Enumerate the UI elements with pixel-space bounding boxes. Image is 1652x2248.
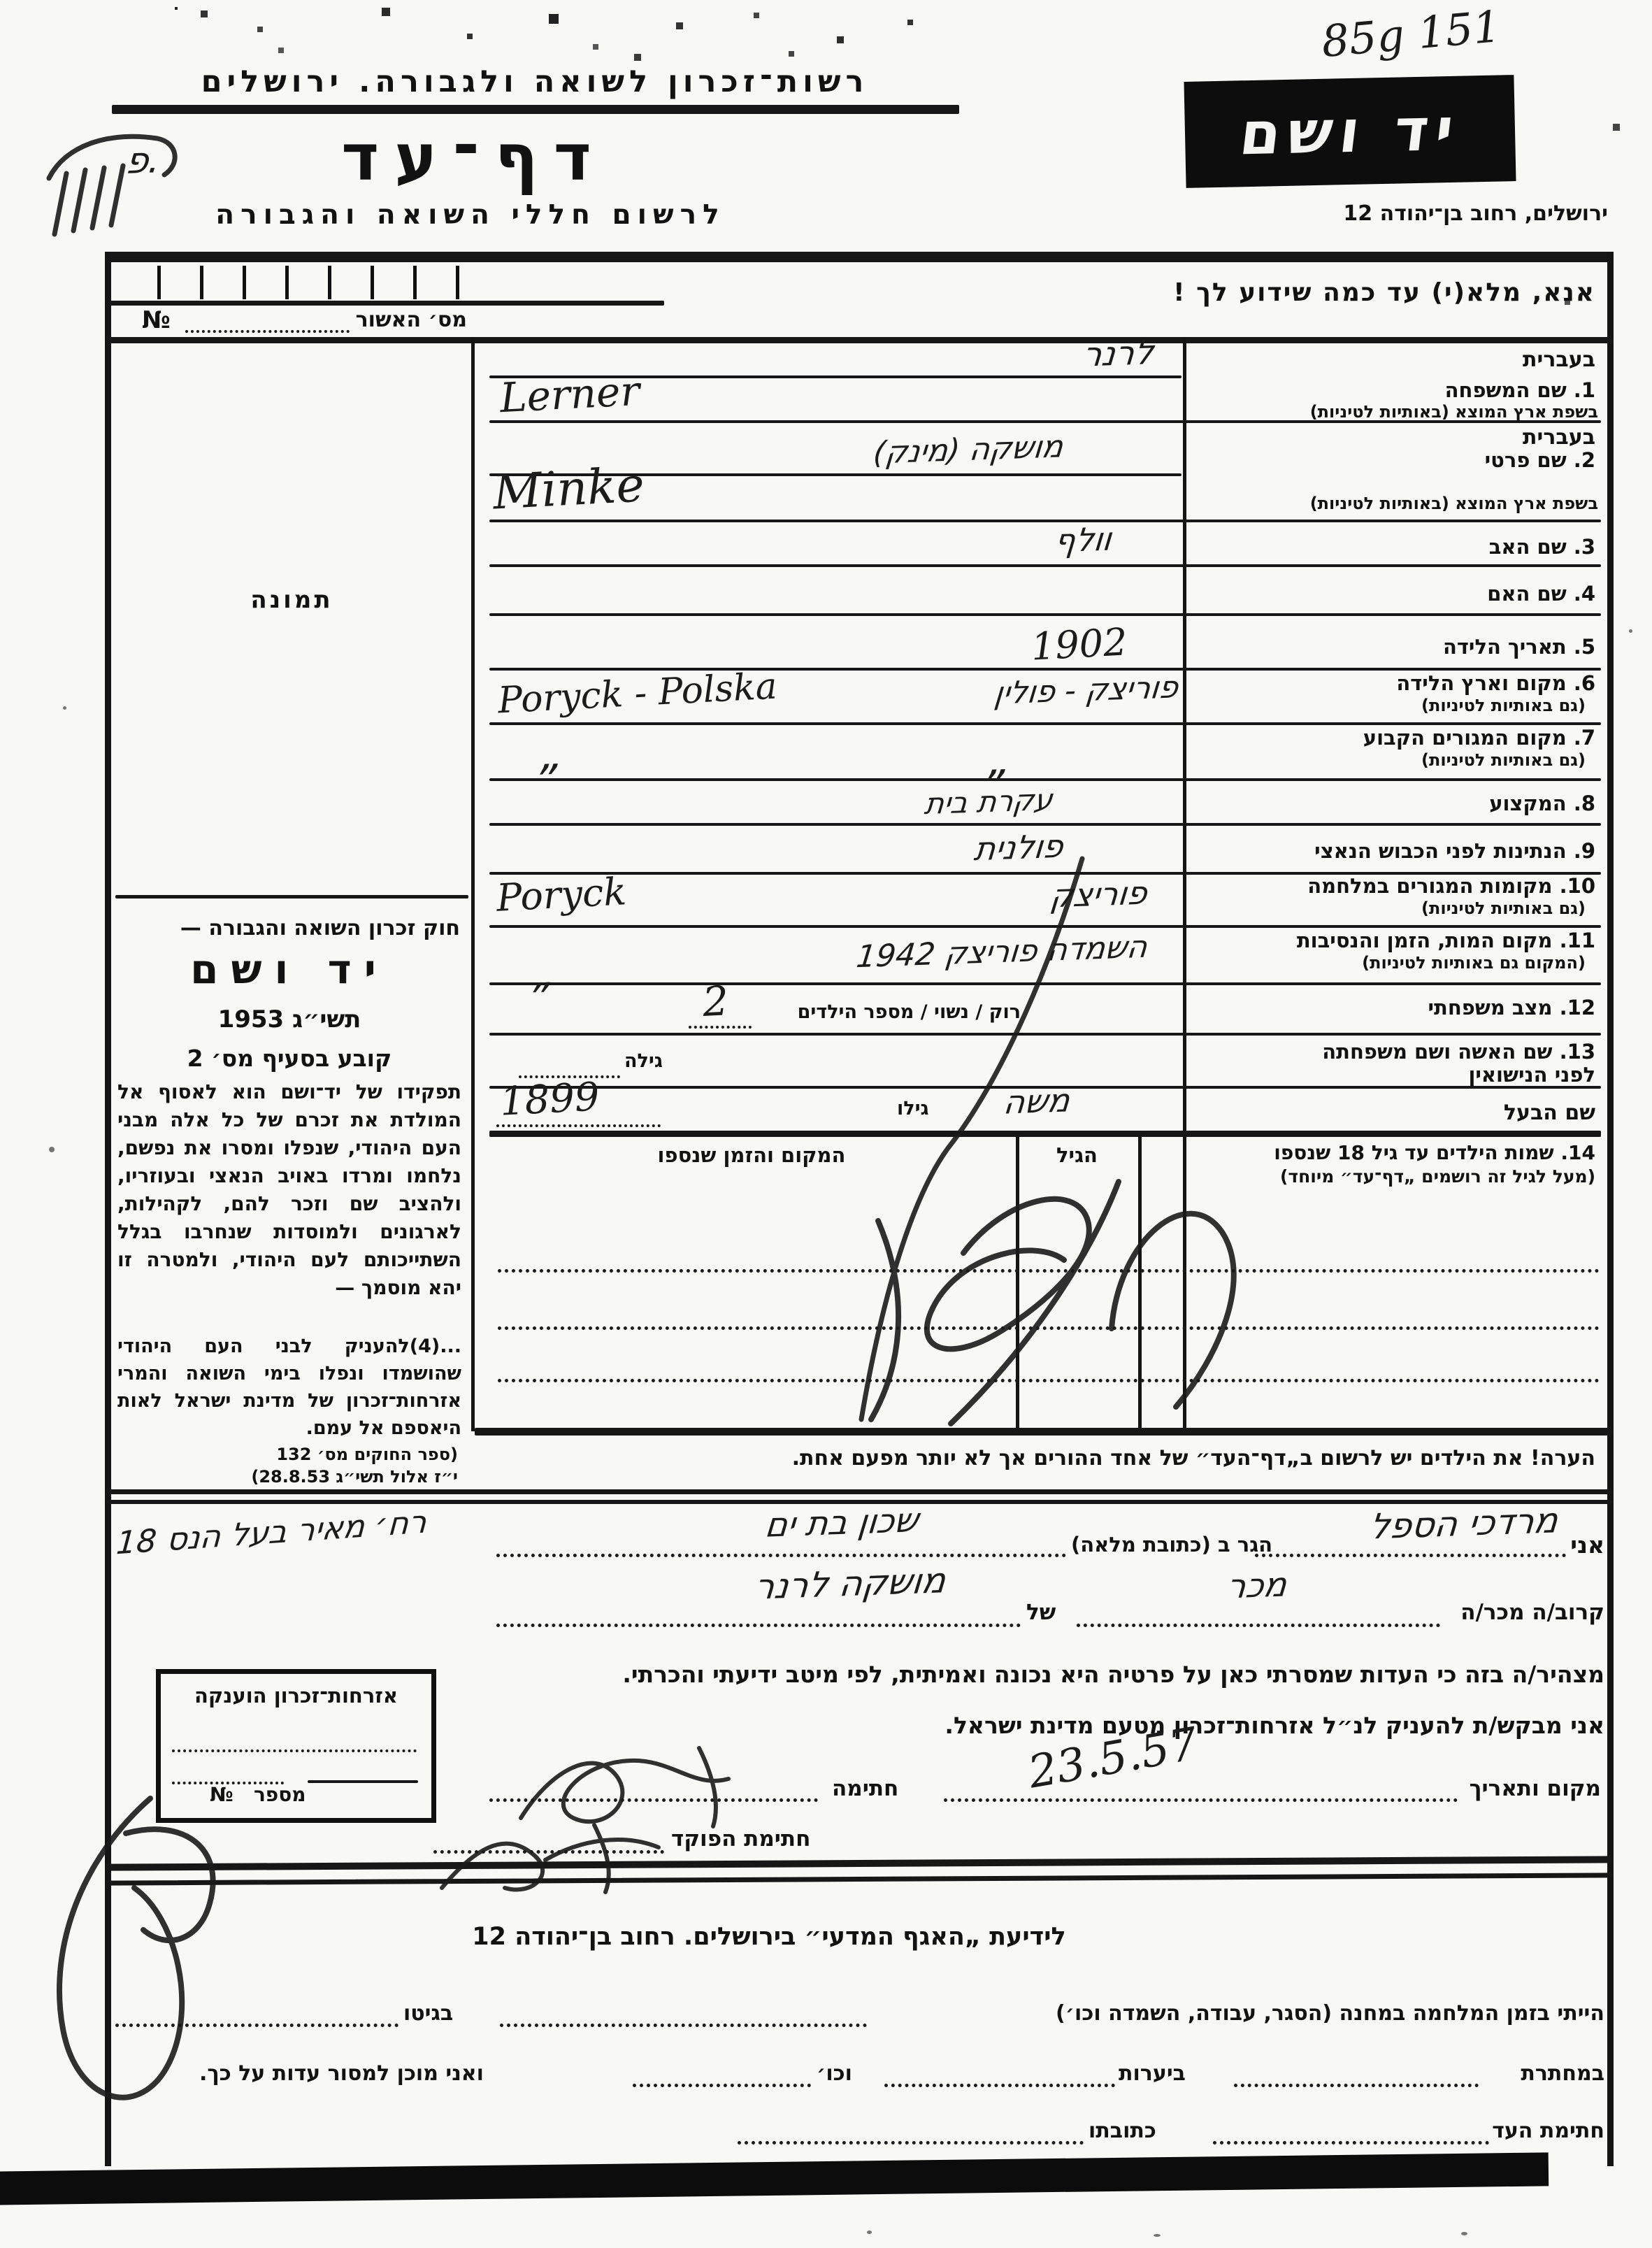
speck (49, 1147, 55, 1152)
photo-bottom-rule (115, 895, 468, 899)
form-title: דף־עד (264, 120, 684, 195)
relation-handwritten: מכר (1225, 1566, 1288, 1607)
children-note: הערה! את הילדים יש לרשום ב„דף־העד״ של אח… (792, 1446, 1595, 1470)
camp-blank (500, 2004, 867, 2027)
relation-label: קרוב/ה מכר/ה (1460, 1600, 1604, 1625)
form-subtitle: לרשום חללי השואה והגבורה (187, 199, 754, 231)
law-name: יד ושם (119, 945, 460, 993)
table-row-blank (498, 1354, 1600, 1382)
declaration-i-label: אני (1570, 1531, 1604, 1559)
law-heading: חוק זכרון השואה והגבורה — (119, 916, 460, 940)
residence-ditto-left: „ (539, 728, 567, 780)
ghetto-blank (115, 2004, 398, 2027)
table-row-blank (498, 1302, 1600, 1330)
death-ditto: „ (532, 949, 558, 997)
forests-label: ביערות (1119, 2061, 1186, 2086)
fill-instruction: אנא, מלא(י) עד כמה שידוע לך ! (1173, 278, 1595, 307)
field-3-label: 3. שם האב (1489, 535, 1595, 559)
grant-box-number-label: מספר (254, 1783, 306, 1806)
field-13-label: 13. שם האשה ושם משפחתה (1322, 1040, 1595, 1064)
war-residence-hebrew-handwritten: פוריצק (1048, 874, 1149, 915)
ruler-rule (105, 301, 664, 306)
scan-edge-bar (0, 2152, 1549, 2205)
wife-age-blank (519, 1054, 620, 1078)
margin-mark-handwritten: פ. (124, 139, 163, 182)
box-right-border (1607, 252, 1614, 2166)
yad-vashem-logo-text: יד ושם (1236, 95, 1464, 169)
speck (867, 2231, 872, 2234)
file-number-handwritten: 85g 151 (1319, 1, 1502, 67)
field-14-sublabel: (מעל לגיל זה רושמים „דף־עד״ מיוחד) (1280, 1166, 1595, 1187)
field-11-label: 11. מקום המות, הזמן והנסיבות (1297, 929, 1595, 952)
death-place-handwritten: השמדה פוריצק 1942 (854, 929, 1149, 975)
header-rule (112, 105, 959, 114)
witness-address-blank (738, 2121, 1084, 2145)
grant-box-rule (308, 1780, 418, 1783)
note-top-rule (475, 1428, 1614, 1436)
scanned-testimony-page: רשות־זכרון לשואה ולגבורה. ירושלים דף־עד … (0, 0, 1652, 2248)
grant-box-blank-2 (172, 1761, 284, 1784)
approval-no-symbol: № (142, 306, 171, 334)
birth-place-latin-handwritten: Poryck - Polska (497, 666, 778, 722)
ready-to-testify-label: ואני מוכן למסור עדות על כך. (199, 2061, 484, 2086)
citizenship-request: אני מבקש/ת להעניק לנ״ל אזרחות־זכרון מטעם… (944, 1712, 1604, 1739)
field-12-label: 12. מצב משפחתי (1428, 996, 1596, 1019)
field-1-pre: בעברית (1523, 348, 1595, 372)
write-line (489, 823, 1601, 826)
write-line (489, 1033, 1601, 1036)
table-column-line-2 (1138, 1134, 1142, 1428)
section-divider-rule-1 (105, 1856, 1614, 1870)
husband-age-blank (496, 1099, 661, 1127)
approval-number-blank (185, 306, 350, 333)
field-9-label: 9. הנתינות לפני הכבוש הנאצי (1314, 839, 1595, 863)
husband-name-handwritten: משה (1002, 1081, 1072, 1121)
deponent-name-handwritten: מרדכי הספל (1368, 1500, 1560, 1547)
law-year: תשי״ג 1953 (119, 1005, 460, 1033)
table-row-blank (498, 1245, 1600, 1273)
write-line (489, 722, 1601, 725)
table-column-line-1 (1016, 1134, 1019, 1428)
firstname-latin-handwritten: Minke (491, 457, 645, 520)
children-count-handwritten: 2 (701, 977, 729, 1026)
box-left-border (105, 252, 111, 2166)
firstname-hebrew-handwritten: מושקה (מינק) (872, 429, 1065, 471)
father-name-handwritten: וולף (1053, 520, 1114, 560)
photo-placeholder-label: תמונה (210, 586, 374, 614)
field-8-label: 8. המקצוע (1489, 792, 1595, 815)
write-line (489, 778, 1601, 781)
table-age-header: הגיל (1019, 1143, 1135, 1167)
write-line (489, 564, 1601, 567)
field-6-label: 6. מקום וארץ הלידה (1396, 671, 1595, 695)
table-place-header: המקום והזמן שנספו (559, 1143, 944, 1167)
subject-name-handwritten: מושקה לרנר (752, 1560, 947, 1607)
field-14-label: 14. שמות הילדים עד גיל 18 שנספו (1274, 1141, 1595, 1164)
top-section-rule (105, 337, 1614, 343)
note-bottom-rule-1 (105, 1489, 1614, 1494)
husband-age-label: גילו (897, 1098, 929, 1119)
grant-box-no-symbol: № (210, 1783, 234, 1806)
field-10-sublabel: (גם באותיות לטיניות) (1421, 899, 1586, 918)
grant-box: אזרחות־זכרון הוענקה מספר № (156, 1669, 436, 1823)
address-handwritten: שכון בת ים (763, 1501, 921, 1545)
speck (63, 706, 66, 710)
field-2-pre: בעברית (1523, 425, 1595, 450)
of-label: של (1026, 1600, 1056, 1625)
law-body2: ...(4)להעניק לבני העם היהודי שהושמדו ונפ… (117, 1333, 461, 1442)
field-7-label: 7. מקום המגורים הקבוע (1363, 726, 1595, 750)
birth-place-hebrew-handwritten: פוריצק - פולין (993, 669, 1180, 711)
field-1-sublabel: בשפת ארץ המוצא (באותיות לטיניות) (1310, 402, 1598, 422)
speck (1629, 629, 1632, 633)
marital-status-printed: רוק / נשוי / מספר הילדים (752, 1001, 1021, 1023)
scan-noise-top (175, 7, 178, 10)
forests-blank (884, 2064, 1115, 2087)
grant-box-blank-1 (172, 1728, 417, 1752)
witness-signature-label: חתימת העד (1492, 2119, 1604, 2143)
approval-label: מס׳ האשור (353, 308, 467, 332)
wife-age-label: גילה (624, 1050, 663, 1072)
etc-blank (633, 2064, 811, 2087)
field-2-sublabel: בשפת ארץ המוצא (באותיות לטיניות) (1310, 494, 1598, 513)
left-margin-scrawl (59, 1798, 213, 2098)
law-ref-line2: י״ז אלול תשי״ג 28.8.53) (122, 1467, 458, 1487)
underground-label: במחתרת (1521, 2061, 1604, 2086)
war-residence-latin-handwritten: Poryck (495, 869, 627, 920)
field-13-label2: לפני הנישואין (1468, 1063, 1595, 1087)
grant-box-number-row: מספר № (210, 1783, 306, 1806)
write-line (489, 925, 1601, 928)
box-top-border (105, 252, 1614, 262)
speck (1461, 2232, 1467, 2235)
resides-label: הגר ב (כתובת מלאה) (1071, 1533, 1272, 1556)
field-5-label: 5. תאריך הלידה (1443, 635, 1595, 659)
field-4-label: 4. שם האם (1487, 582, 1595, 606)
sidebar-divider (471, 337, 475, 1431)
section-divider-rule-2 (105, 1873, 1614, 1885)
field-1-label: 1. שם המשפחה (1445, 378, 1595, 402)
field-2-label: 2. שם פרטי (1485, 448, 1595, 472)
surname-hebrew-handwritten: לרנר (1081, 333, 1156, 374)
field-10-label: 10. מקומות המגורים במלחמה (1307, 874, 1595, 898)
etc-label: וכו׳ (817, 2061, 852, 2086)
field-11-sublabel: (המקום גם באותיות לטיניות) (1362, 953, 1586, 973)
birth-date-handwritten: 1902 (1030, 620, 1128, 668)
grant-box-title: אזרחות־זכרון הוענקה (161, 1684, 431, 1708)
signature-label: חתימה (832, 1776, 898, 1801)
law-ref-line1: (ספר החוקים מס׳ 132 (122, 1445, 458, 1464)
yad-vashem-logo: יד ושם (1184, 75, 1516, 188)
declaration-statement: מצהיר/ה בזה כי העדות שמסרתי כאן על פרטיה… (622, 1661, 1604, 1688)
underground-blank (1234, 2064, 1479, 2087)
camp-label: הייתי בזמן המלחמה במחנה (הסגר, עבודה, הש… (1056, 2001, 1604, 2026)
surname-latin-handwritten: Lerner (498, 367, 640, 422)
logo-address: ירושלים, רחוב בן־יהודה 12 (1343, 201, 1608, 226)
witness-address-label: כתובתו (1089, 2119, 1156, 2143)
citizenship-handwritten: פולנית (972, 827, 1065, 868)
place-date-blank (944, 1777, 1458, 1802)
witness-signature-blank (1213, 2121, 1489, 2145)
registrar-signature-blank (433, 1829, 664, 1854)
write-line (489, 520, 1601, 522)
speck (1154, 2234, 1161, 2237)
address-margin-handwritten: רח׳ מאיר בעל הנס 18 (115, 1503, 428, 1562)
table-top-rule (489, 1131, 1601, 1137)
ruler-ticks (157, 266, 161, 299)
ghetto-label: בגיטו (403, 2001, 453, 2026)
authority-name: רשות־זכרון לשואה ולגבורה. ירושלים (112, 64, 958, 99)
bottom-header: לידיעת „האגף המדעי״ בירושלים. רחוב בן־יה… (364, 1923, 1175, 1951)
law-body: תפקידו של יד־ושם הוא לאסוף אל המולדת את … (117, 1078, 461, 1302)
write-line (489, 613, 1601, 616)
husband-label: שם הבעל (1504, 1101, 1595, 1125)
registrar-signature-label: חתימת הפוקד (671, 1826, 810, 1852)
signature-blank (489, 1777, 818, 1802)
law-section: קובע בסעיף מס׳ 2 (119, 1045, 460, 1072)
field-6-sublabel: (גם באותיות לטיניות) (1421, 696, 1586, 715)
write-line (489, 982, 1601, 985)
field-7-sublabel: (גם באותיות לטיניות) (1421, 750, 1586, 770)
profession-handwritten: עקרת בית (923, 782, 1054, 821)
place-date-label: מקום ותאריך (1470, 1776, 1601, 1801)
